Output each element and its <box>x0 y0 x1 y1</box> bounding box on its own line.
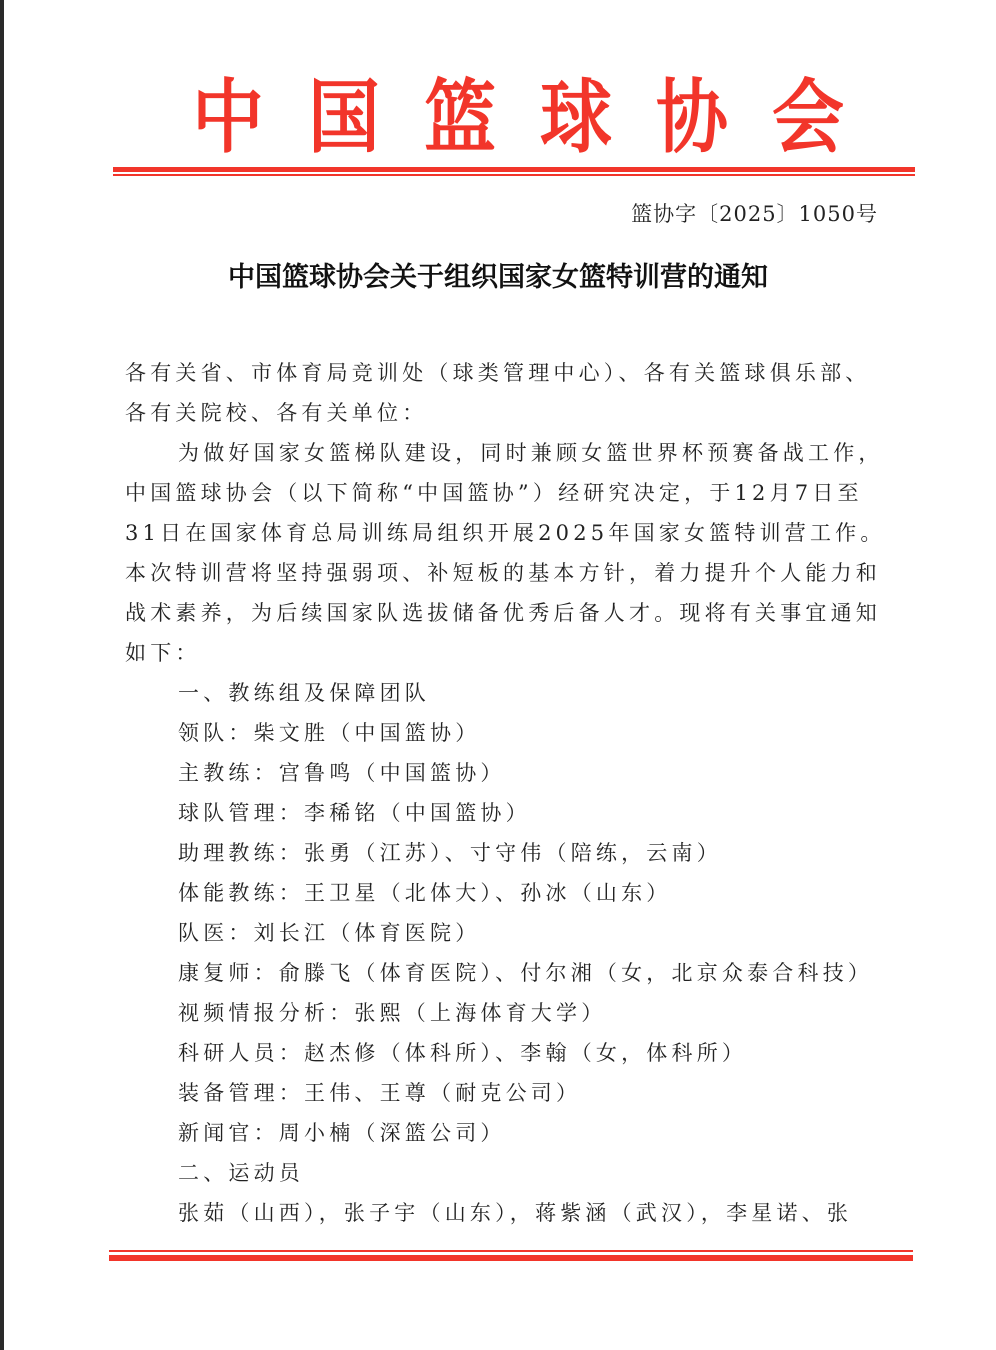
masthead-char: 中 <box>192 72 264 162</box>
intro-line: 中国篮球协会（以下简称“中国篮协”）经研究决定，于12月7日至 <box>125 477 880 507</box>
window-edge <box>0 0 4 1350</box>
staff-item: 视频情报分析：张熙（上海体育大学） <box>178 997 933 1027</box>
masthead: 中 国 篮 球 协 会 <box>188 72 848 162</box>
section-heading-athletes: 二、运动员 <box>178 1157 933 1187</box>
masthead-char: 国 <box>308 72 380 162</box>
staff-item: 助理教练：张勇（江苏）、寸守伟（陪练，云南） <box>178 837 933 867</box>
masthead-char: 协 <box>656 72 728 162</box>
footer-rule-thick <box>109 1255 913 1261</box>
staff-item: 装备管理：王伟、王尊（耐克公司） <box>178 1077 933 1107</box>
staff-item: 体能教练：王卫星（北体大）、孙冰（山东） <box>178 877 933 907</box>
intro-line: 如下： <box>125 637 880 667</box>
salutation-line-1: 各有关省、市体育局竞训处（球类管理中心）、各有关篮球俱乐部、 <box>125 357 880 387</box>
staff-item: 康复师：俞滕飞（体育医院）、付尔湘（女，北京众泰合科技） <box>178 957 933 987</box>
masthead-char: 会 <box>772 72 844 162</box>
staff-item: 队医：刘长江（体育医院） <box>178 917 933 947</box>
staff-item: 科研人员：赵杰修（体科所）、李翰（女，体科所） <box>178 1037 933 1067</box>
salutation-line-2: 各有关院校、各有关单位： <box>125 397 880 427</box>
masthead-rule-thick <box>113 167 915 172</box>
staff-item: 新闻官：周小楠（深篮公司） <box>178 1117 933 1147</box>
staff-item: 球队管理：李稀铭（中国篮协） <box>178 797 933 827</box>
intro-line: 31日在国家体育总局训练局组织开展2025年国家女篮特训营工作。 <box>125 517 880 547</box>
intro-line: 为做好国家女篮梯队建设，同时兼顾女篮世界杯预赛备战工作， <box>178 437 933 467</box>
document-number: 篮协字〔2025〕1050号 <box>631 198 878 228</box>
staff-item: 主教练：宫鲁鸣（中国篮协） <box>178 757 933 787</box>
staff-item: 领队：柴文胜（中国篮协） <box>178 717 933 747</box>
intro-line: 战术素养，为后续国家队选拔储备优秀后备人才。现将有关事宜通知 <box>125 597 880 627</box>
document-title: 中国篮球协会关于组织国家女篮特训营的通知 <box>0 255 996 294</box>
masthead-char: 球 <box>540 72 612 162</box>
intro-line: 本次特训营将坚持强弱项、补短板的基本方针，着力提升个人能力和 <box>125 557 880 587</box>
masthead-rule-thin <box>113 174 915 176</box>
section-heading-staff: 一、教练组及保障团队 <box>178 677 933 707</box>
footer-rule-thin <box>109 1250 913 1252</box>
masthead-char: 篮 <box>424 72 496 162</box>
athletes-line: 张茹（山西），张子宇（山东），蒋紫涵（武汉），李星诺、张 <box>178 1197 933 1227</box>
